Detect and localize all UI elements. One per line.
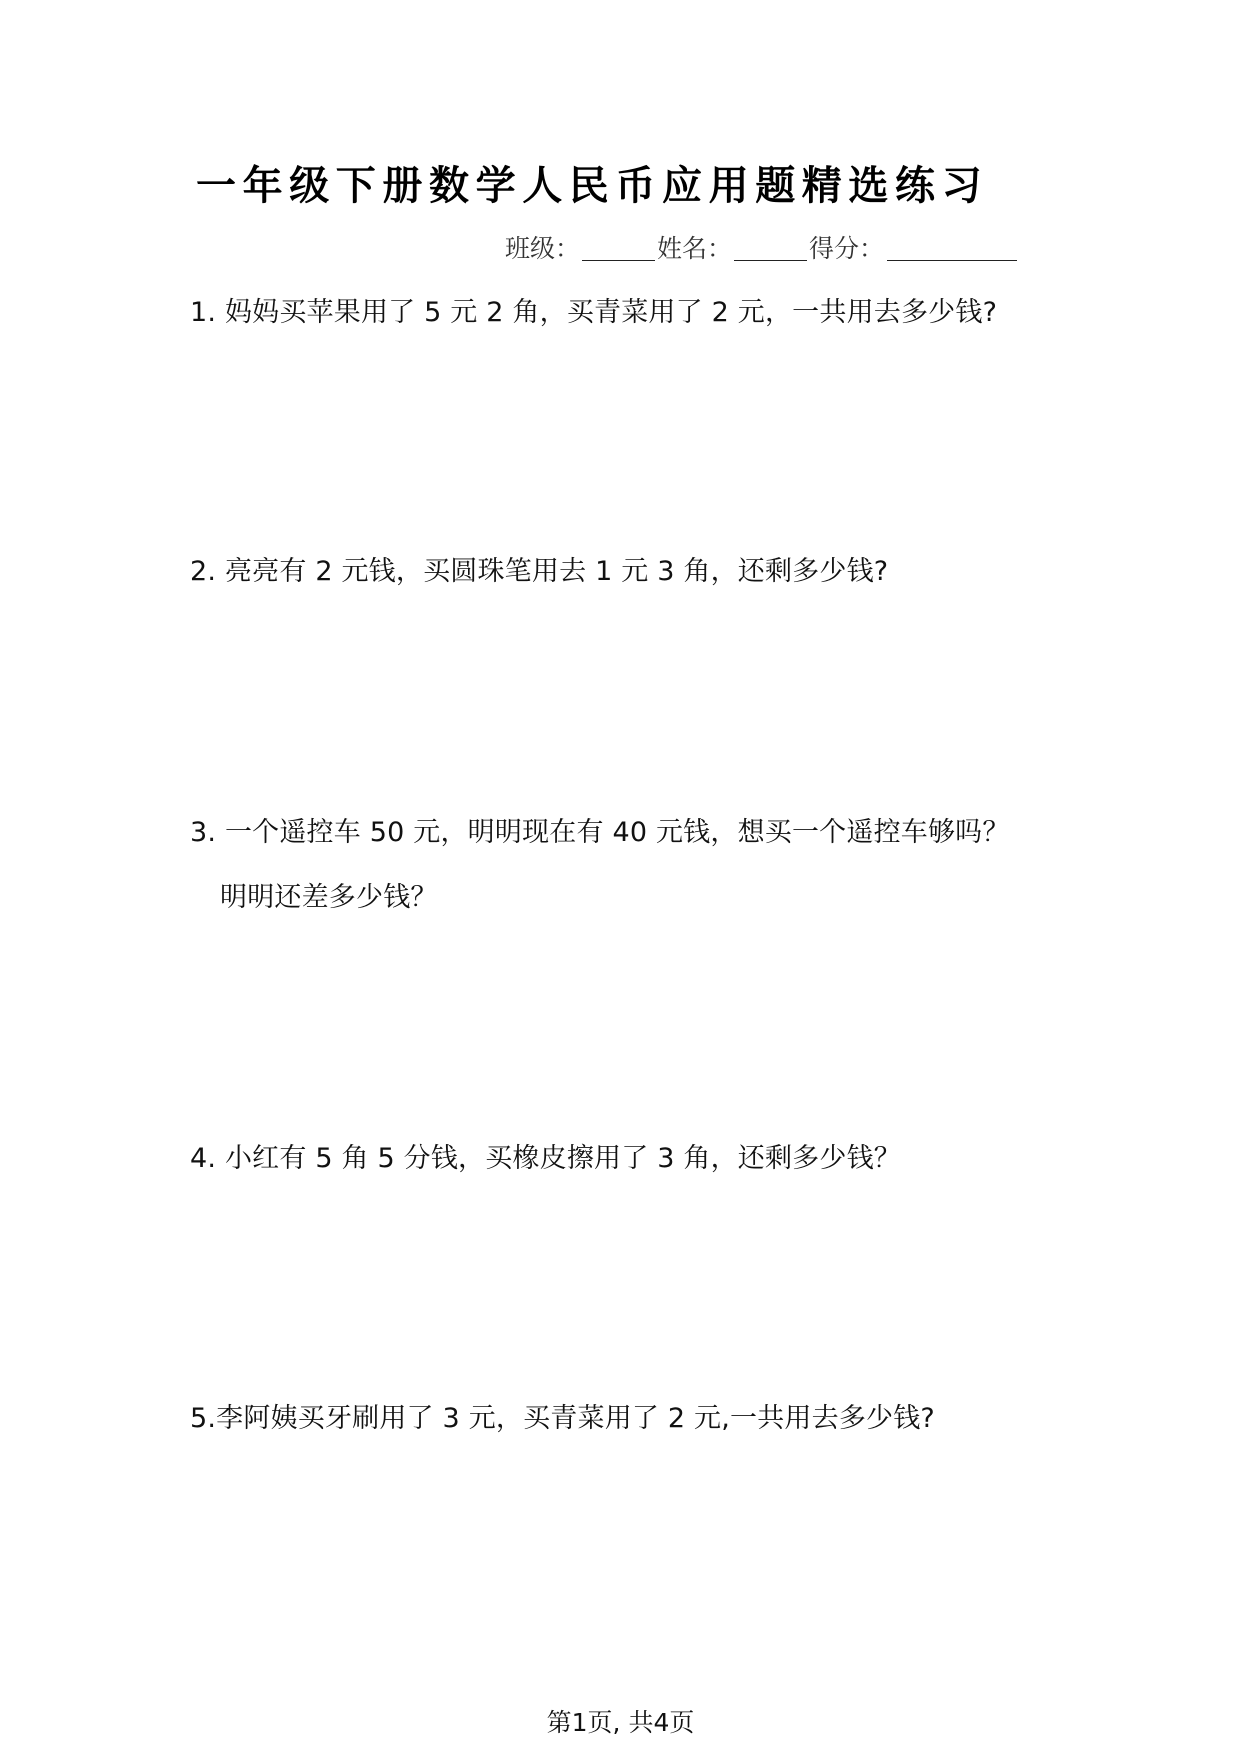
class-label: 班级： (505, 234, 580, 264)
page-indicator: 第1页, 共4页 (0, 1707, 1241, 1739)
name-blank-line (734, 234, 807, 261)
question-3: 3. 一个遥控车 50 元，明明现在有 40 元钱，想买一个遥控车够吗？ 明明还… (190, 817, 1010, 914)
question-text: 3. 一个遥控车 50 元，明明现在有 40 元钱，想买一个遥控车够吗？ (190, 817, 1010, 848)
name-label: 姓名： (657, 234, 732, 264)
student-info-row: 班级： 姓名： 得分： (505, 232, 1017, 264)
question-5: 5.李阿姨买牙刷用了 3 元，买青菜用了 2 元,一共用去多少钱? (190, 1403, 935, 1435)
question-2: 2. 亮亮有 2 元钱，买圆珠笔用去 1 元 3 角，还剩多少钱? (190, 556, 888, 588)
score-label: 得分： (809, 234, 884, 264)
worksheet-title: 一年级下册数学人民币应用题精选练习 (196, 164, 1044, 208)
question-1: 1. 妈妈买苹果用了 5 元 2 角，买青菜用了 2 元，一共用去多少钱? (190, 297, 997, 329)
class-blank-line (582, 234, 655, 261)
question-text: 4. 小红有 5 角 5 分钱，买橡皮擦用了 3 角，还剩多少钱？ (190, 1143, 901, 1174)
question-text: 2. 亮亮有 2 元钱，买圆珠笔用去 1 元 3 角，还剩多少钱? (190, 556, 888, 587)
score-blank-line (887, 234, 1017, 261)
question-text-continuation: 明明还差多少钱？ (190, 882, 1010, 914)
question-4: 4. 小红有 5 角 5 分钱，买橡皮擦用了 3 角，还剩多少钱？ (190, 1143, 901, 1175)
question-text: 1. 妈妈买苹果用了 5 元 2 角，买青菜用了 2 元，一共用去多少钱? (190, 297, 997, 328)
question-text: 5.李阿姨买牙刷用了 3 元，买青菜用了 2 元,一共用去多少钱? (190, 1403, 935, 1434)
